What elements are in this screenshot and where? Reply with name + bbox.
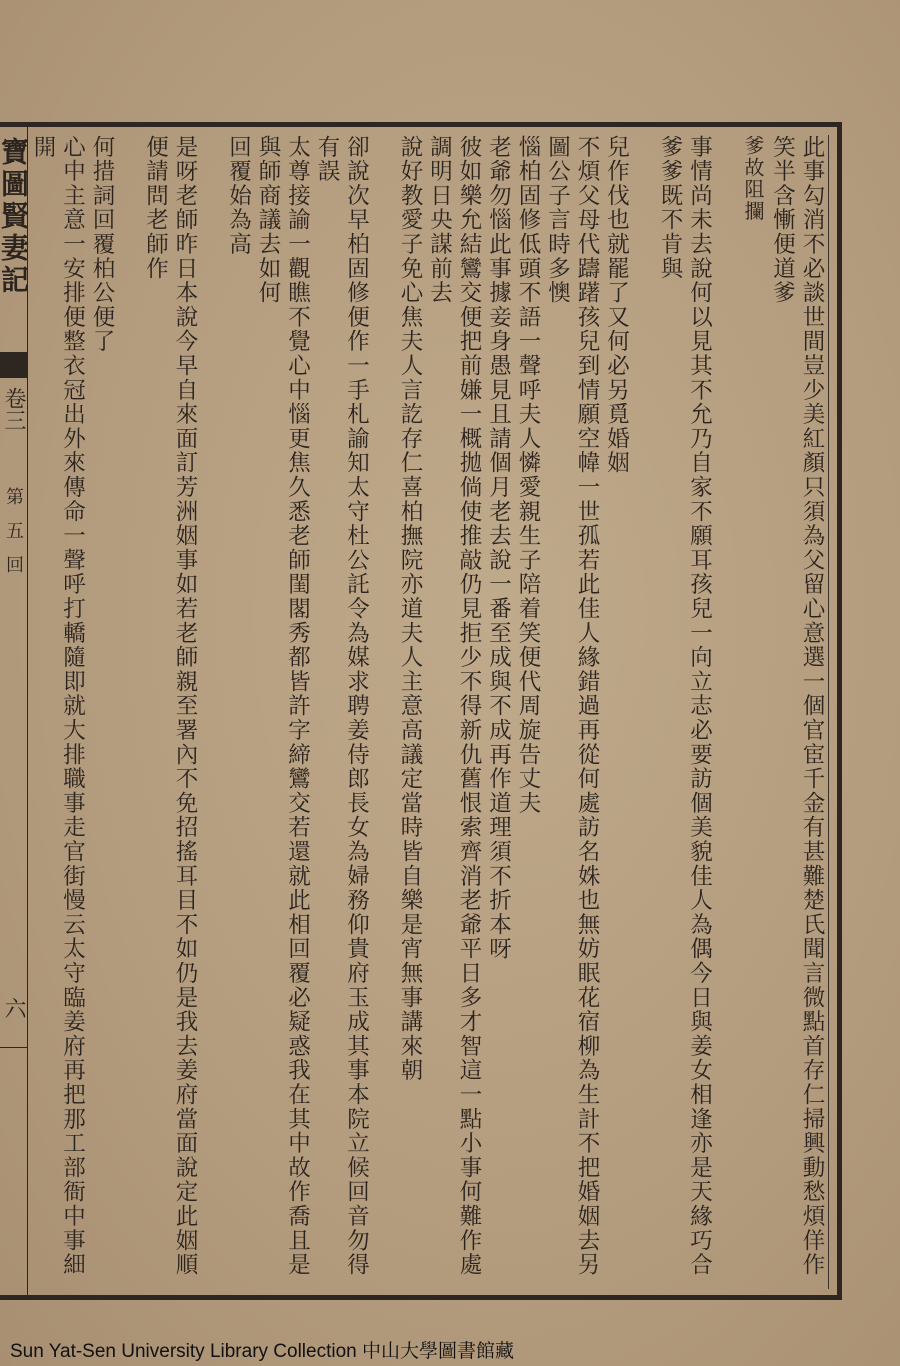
- text-column: 兒作伐也就罷了又何必另覓婚姻: [601, 135, 655, 1293]
- text-column: 是呀老師昨日本說今早自來面訂芳洲姻事如若老師親至署內不免招搖耳目不如仍是我去姜府…: [140, 135, 223, 1293]
- text-column: 此事勾消不必談世間豈少美紅顏只須為父留心意選一個官宦千金有甚難楚氏聞言微點首存仁…: [767, 135, 826, 1293]
- scanned-book-page: 寶圖賢妻記 卷三 第五回 六 此事勾消不必談世間豈少美紅顏只須為父留心意選一個官…: [0, 0, 900, 1366]
- text-column: 回覆始為高: [223, 135, 253, 1293]
- chapter-label: 第五回: [0, 487, 27, 647]
- text-column: 不煩父母代躊躇孩兒到情願空幃一世孤若此佳人緣錯過再從何處訪名姝也無妨眠花宿柳為生…: [542, 135, 601, 1293]
- text-column: 爹故阻攔: [738, 135, 768, 1293]
- text-column: 說好教愛子免心焦夫人言訖存仁喜柏撫院亦道夫人主意高議定當時皆自樂是宵無事講來朝: [395, 135, 425, 1293]
- text-column: 彼如樂允結鸞交便把前嫌一概拋倘使推敲仍見拒少不得新仇舊恨索齊消老爺平日多才智這一…: [424, 135, 483, 1293]
- spine-margin: 寶圖賢妻記 卷三 第五回 六: [0, 127, 28, 1295]
- volume-label: 卷三: [0, 387, 27, 467]
- book-title: 寶圖賢妻記: [0, 137, 27, 347]
- text-column: 心中主意一安排便整衣冠出外來傳命一聲呼打轎隨即就大排職事走官街慢云太守臨姜府再把…: [30, 135, 87, 1293]
- text-column: 事情尚未去說何以見其不允乃自家不願耳孩兒一向立志必要訪個美貌佳人為偶今日與姜女相…: [655, 135, 738, 1293]
- fishtail-mark: [0, 352, 27, 378]
- library-watermark: Sun Yat-Sen University Library Collectio…: [10, 1336, 514, 1363]
- text-column: 卻說次早柏固修便作一手札諭知太守杜公託令為媒求聘姜侍郎長女為婦務仰貴府玉成其事本…: [312, 135, 395, 1293]
- text-column: 老爺勿惱此事據妾身愚見且請個月老去說一番至成與不成再作道理須不折本呀: [483, 135, 513, 1293]
- frame-inner-rule: [828, 135, 829, 1289]
- text-column: 太尊接諭一觀瞧不覺心中惱更焦久悉老師閨閣秀都皆許字締鸞交若還就此相回覆必疑惑我在…: [253, 135, 312, 1293]
- page-number: 六: [0, 997, 27, 1037]
- text-column: 惱柏固修低頭不語一聲呼夫人憐愛親生子陪着笑便代周旋告丈夫: [513, 135, 543, 1293]
- body-text: 此事勾消不必談世間豈少美紅顏只須為父留心意選一個官宦千金有甚難楚氏聞言微點首存仁…: [30, 135, 826, 1293]
- text-column: 何措詞回覆柏公便了: [87, 135, 141, 1293]
- spine-divider: [0, 1047, 27, 1048]
